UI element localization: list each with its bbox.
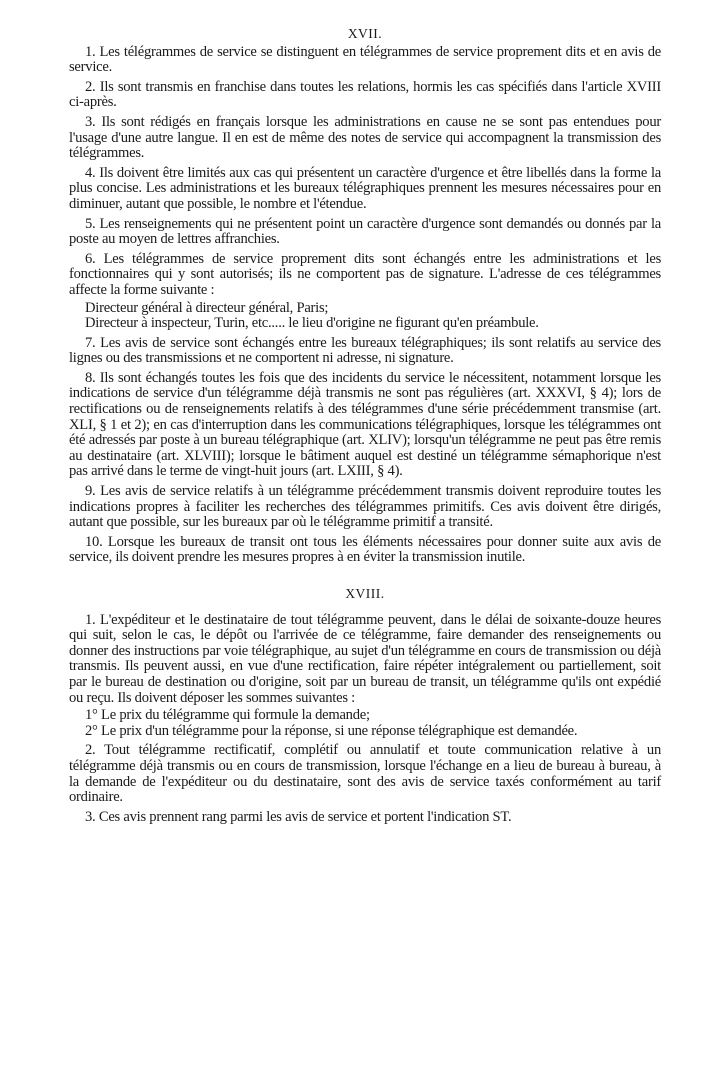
article-xvii-para-3: 3. Ils sont rédigés en français lorsque … [69, 115, 661, 162]
article-xvii-para-9: 9. Les avis de service relatifs à un tél… [69, 484, 661, 531]
article-xvii-para-5: 5. Les renseignements qui ne présentent … [69, 217, 661, 248]
article-xviii-para-2: 2. Tout télégramme rectificatif, complét… [69, 743, 661, 805]
article-xvii-para-4: 4. Ils doivent être limités aux cas qui … [69, 166, 661, 213]
address-example-1: Directeur général à directeur général, P… [69, 301, 661, 317]
section-heading-xviii: XVIII. [69, 586, 661, 602]
article-xvii-para-7: 7. Les avis de service sont échangés ent… [69, 336, 661, 367]
article-xvii-para-8: 8. Ils sont échangés toutes les fois que… [69, 371, 661, 480]
fee-item-1: 1° Le prix du télégramme qui formule la … [69, 708, 661, 724]
article-xvii-para-1: 1. Les télégrammes de service se disting… [69, 45, 661, 76]
article-xviii-para-1: 1. L'expéditeur et le destinataire de to… [69, 613, 661, 707]
article-xvii-para-10: 10. Lorsque les bureaux de transit ont t… [69, 535, 661, 566]
address-example-2: Directeur à inspecteur, Turin, etc..... … [69, 316, 661, 332]
document-page: XVII. 1. Les télégrammes de service se d… [69, 26, 661, 829]
section-heading-xvii: XVII. [69, 26, 661, 42]
article-xvii-para-2: 2. Ils sont transmis en franchise dans t… [69, 80, 661, 111]
article-xviii-para-3: 3. Ces avis prennent rang parmi les avis… [69, 810, 661, 826]
article-xvii-para-6: 6. Les télégrammes de service proprement… [69, 252, 661, 299]
fee-item-2: 2° Le prix d'un télégramme pour la répon… [69, 724, 661, 740]
